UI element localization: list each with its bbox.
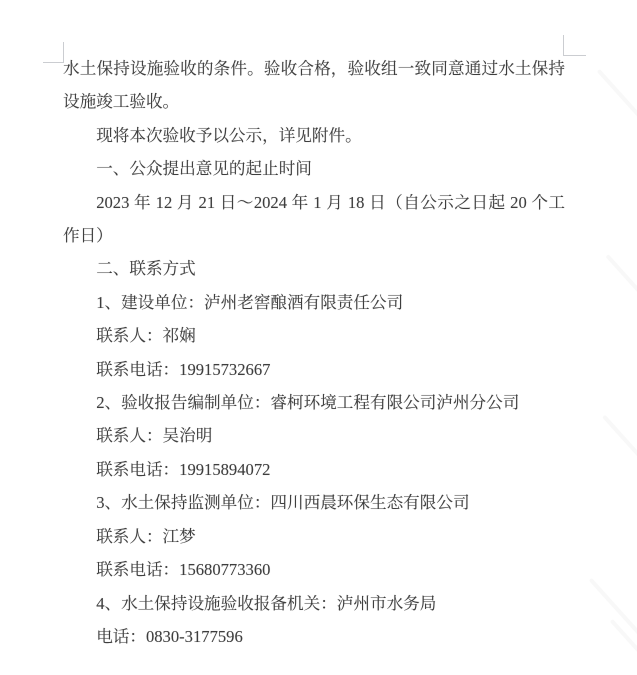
document-page: 水土保持设施验收的条件。验收合格，验收组一致同意通过水土保持设施竣工验收。 现将… [0, 0, 637, 675]
item-filing-authority: 4、水土保持设施验收报备机关：泸州市水务局 [63, 587, 565, 620]
contact-phone-4: 电话：0830-3177596 [63, 620, 565, 653]
scan-artifact [605, 254, 637, 306]
paragraph-publicity-note: 现将本次验收予以公示，详见附件。 [63, 119, 565, 152]
item-monitoring-unit: 3、水土保持监测单位：四川西晨环保生态有限公司 [63, 486, 565, 519]
contact-phone-1: 联系电话：19915732667 [63, 353, 565, 386]
contact-person-1: 联系人：祁娴 [63, 319, 565, 352]
scan-artifact [610, 619, 637, 675]
heading-comment-period: 一、公众提出意见的起止时间 [63, 152, 565, 185]
item-report-compilation-unit: 2、验收报告编制单位：睿柯环境工程有限公司泸州分公司 [63, 386, 565, 419]
document-text-block: 水土保持设施验收的条件。验收合格，验收组一致同意通过水土保持设施竣工验收。 现将… [63, 52, 565, 653]
contact-person-3: 联系人：江梦 [63, 520, 565, 553]
contact-phone-3: 联系电话：15680773360 [63, 553, 565, 586]
text-boundary-mark-top-left [43, 42, 64, 63]
scan-artifact [597, 69, 637, 131]
heading-contact-info: 二、联系方式 [63, 252, 565, 285]
item-construction-unit: 1、建设单位：泸州老窖酿酒有限责任公司 [63, 286, 565, 319]
scan-artifact [602, 415, 637, 470]
contact-person-2: 联系人：吴治明 [63, 419, 565, 452]
paragraph-acceptance-conclusion: 水土保持设施验收的条件。验收合格，验收组一致同意通过水土保持设施竣工验收。 [63, 52, 565, 119]
contact-phone-2: 联系电话：19915894072 [63, 453, 565, 486]
text-boundary-mark-top-right [563, 35, 586, 56]
scan-artifact [589, 578, 637, 662]
paragraph-date-range: 2023 年 12 月 21 日～2024 年 1 月 18 日（自公示之日起 … [63, 186, 565, 253]
